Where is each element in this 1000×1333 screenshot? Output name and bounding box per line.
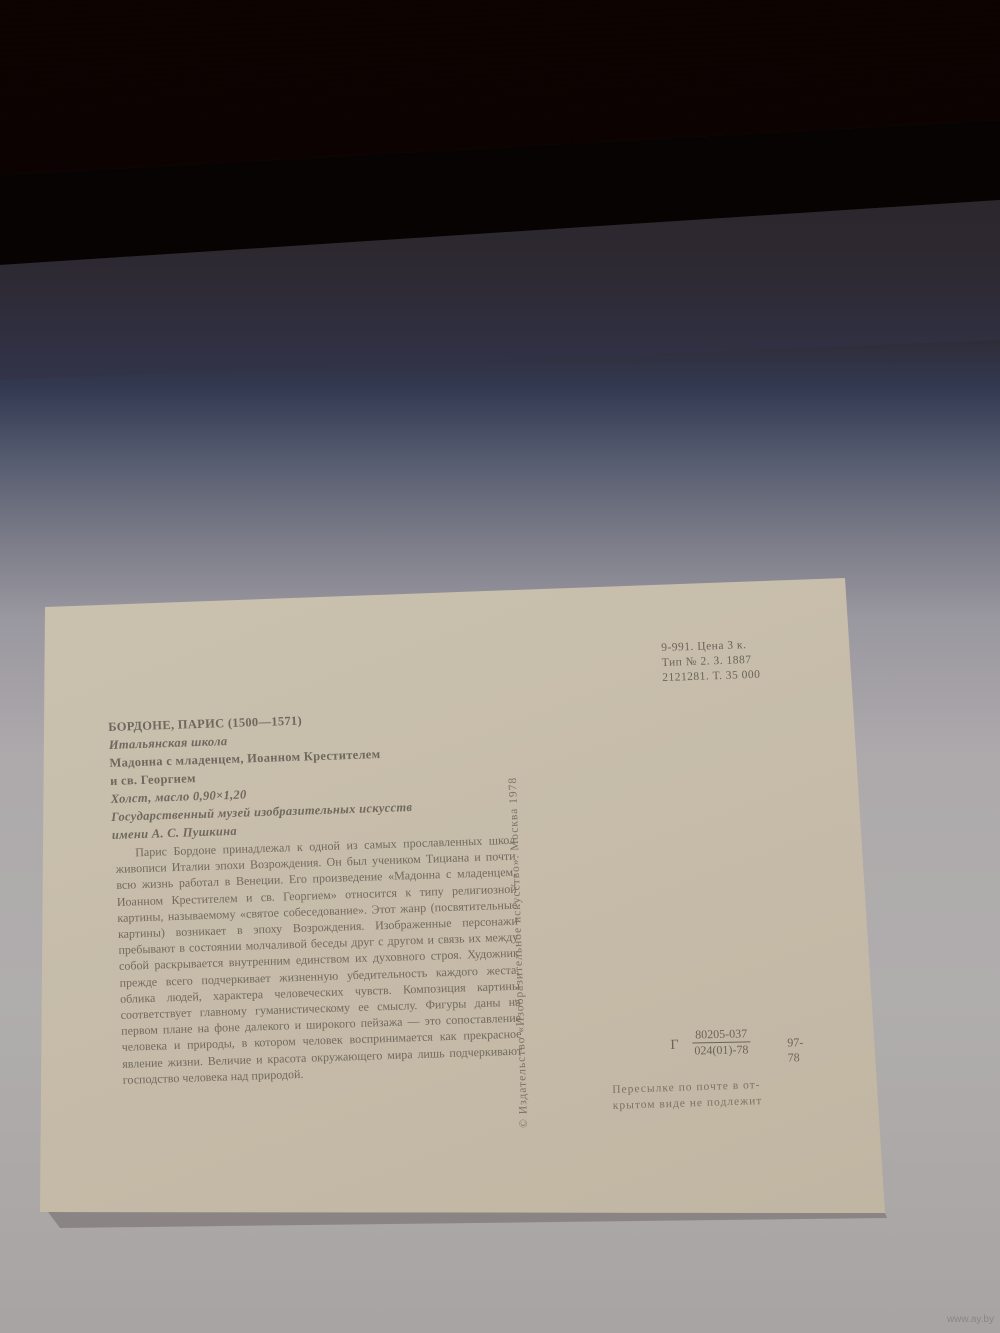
watermark: www.ay.by [947,1314,994,1325]
postal-note: Пересылке по почте в от-крытом виде не п… [612,1077,763,1114]
index-numerator: 80205-037 [692,1026,750,1043]
photo-scene: БОРДОНЕ, ПАРИС (1500—1571) Итальянская ш… [0,0,1000,1333]
index-fraction: 80205-037 024(01)-78 [692,1026,751,1058]
painting-description: Парис Бордоне принадлежал к одной из сам… [115,832,523,1088]
print-info: 9-991. Цена 3 к.Тип № 2. З. 18872121281.… [661,638,761,686]
index-letter: Г [670,1038,678,1054]
index-suffix: 97-78 [787,1035,804,1065]
postcard-header: БОРДОНЕ, ПАРИС (1500—1571) Итальянская ш… [108,708,413,844]
index-denominator: 024(01)-78 [692,1042,750,1058]
